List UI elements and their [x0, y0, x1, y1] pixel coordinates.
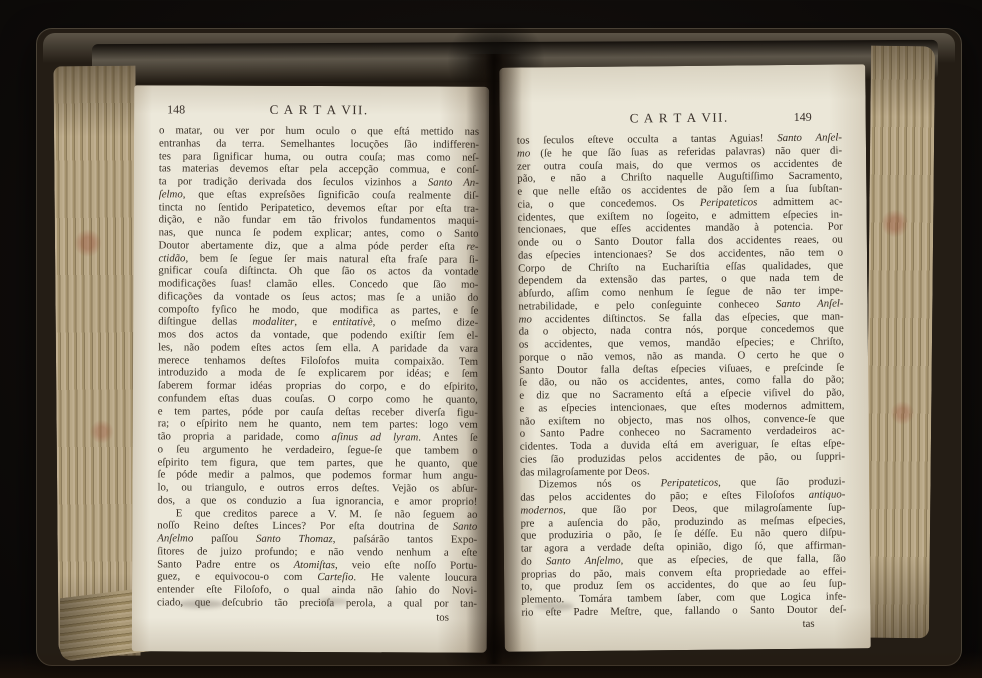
right-page-inner: C A R T A VII. 149 tos ſeculos eſteve oc… — [499, 64, 871, 651]
text-line: Anſelmo paſſou Santo Thomaz, paſsárão ta… — [157, 532, 477, 546]
text-line: confundem eſtas duas couſas. O corpo com… — [158, 392, 478, 406]
text-line: ſaberem formar idéas proprias do corpo, … — [158, 379, 478, 393]
right-page-number: 149 — [794, 109, 842, 124]
left-page-inner: 148 C A R T A VII. o matar, ou ver por h… — [132, 85, 489, 653]
left-running-title: C A R T A VII. — [270, 102, 369, 118]
text-line: Doutor abertamente diz, que a alma póde … — [159, 239, 479, 253]
text-line: modificações ſuas! clamão elles. Concedo… — [158, 277, 478, 291]
text-line: nas, que nunca ſe podem explicar; antes,… — [159, 226, 479, 240]
right-page-header: C A R T A VII. 149 — [517, 108, 842, 127]
text-line: dificações da vontade os ſeus actos; mas… — [158, 290, 478, 304]
text-line: tão propria a paridade, como aſinus ad l… — [158, 430, 478, 444]
left-page-header: 148 C A R T A VII. — [159, 101, 479, 118]
text-line: les, não podem eſtes actos ſem ella. A p… — [158, 341, 478, 355]
text-line: o matar, ou ver por hum oculo o que eſtá… — [159, 124, 479, 138]
text-line: lo, ou triangulo, e outros erros deſtes.… — [157, 481, 477, 495]
text-line: mos dos actos da vontade, que podendo ex… — [158, 328, 478, 342]
page-edges-left — [53, 66, 140, 657]
text-line: ſitores de juizo profundo; e não vendo n… — [157, 545, 477, 559]
text-line: ta por tradição derivada dos ſeculos viz… — [159, 175, 479, 189]
right-page: C A R T A VII. 149 tos ſeculos eſteve oc… — [499, 64, 871, 651]
text-line: entranhas da terra. Semelhantes locuções… — [159, 137, 479, 151]
left-page-text: o matar, ou ver por hum oculo o que eſtá… — [157, 124, 479, 610]
page-edges-right — [865, 46, 935, 639]
text-line: ſelmo, que eſtas expreſsões ſignificão c… — [159, 188, 479, 202]
right-page-text: tos ſeculos eſteve occulta a tantas Agui… — [517, 131, 847, 619]
text-line: o ſeu argumento he verdadeiro, ſegue-ſe … — [158, 443, 478, 457]
left-page: 148 C A R T A VII. o matar, ou ver por h… — [132, 85, 489, 653]
text-line: ciado, que deſcubrio tão precioſa perola… — [157, 596, 477, 610]
right-page-catchword: tas — [522, 617, 847, 633]
left-page-number: 148 — [159, 102, 185, 117]
text-line: entender eſte Filoſofo, o qual ainda não… — [157, 583, 477, 597]
text-line: dos, a que os conduzio a ſua ignorancia,… — [157, 494, 477, 508]
open-book-photo: 148 C A R T A VII. o matar, ou ver por h… — [0, 0, 982, 678]
left-page-catchword: tos — [157, 610, 477, 624]
right-running-title: C A R T A VII. — [630, 110, 729, 127]
